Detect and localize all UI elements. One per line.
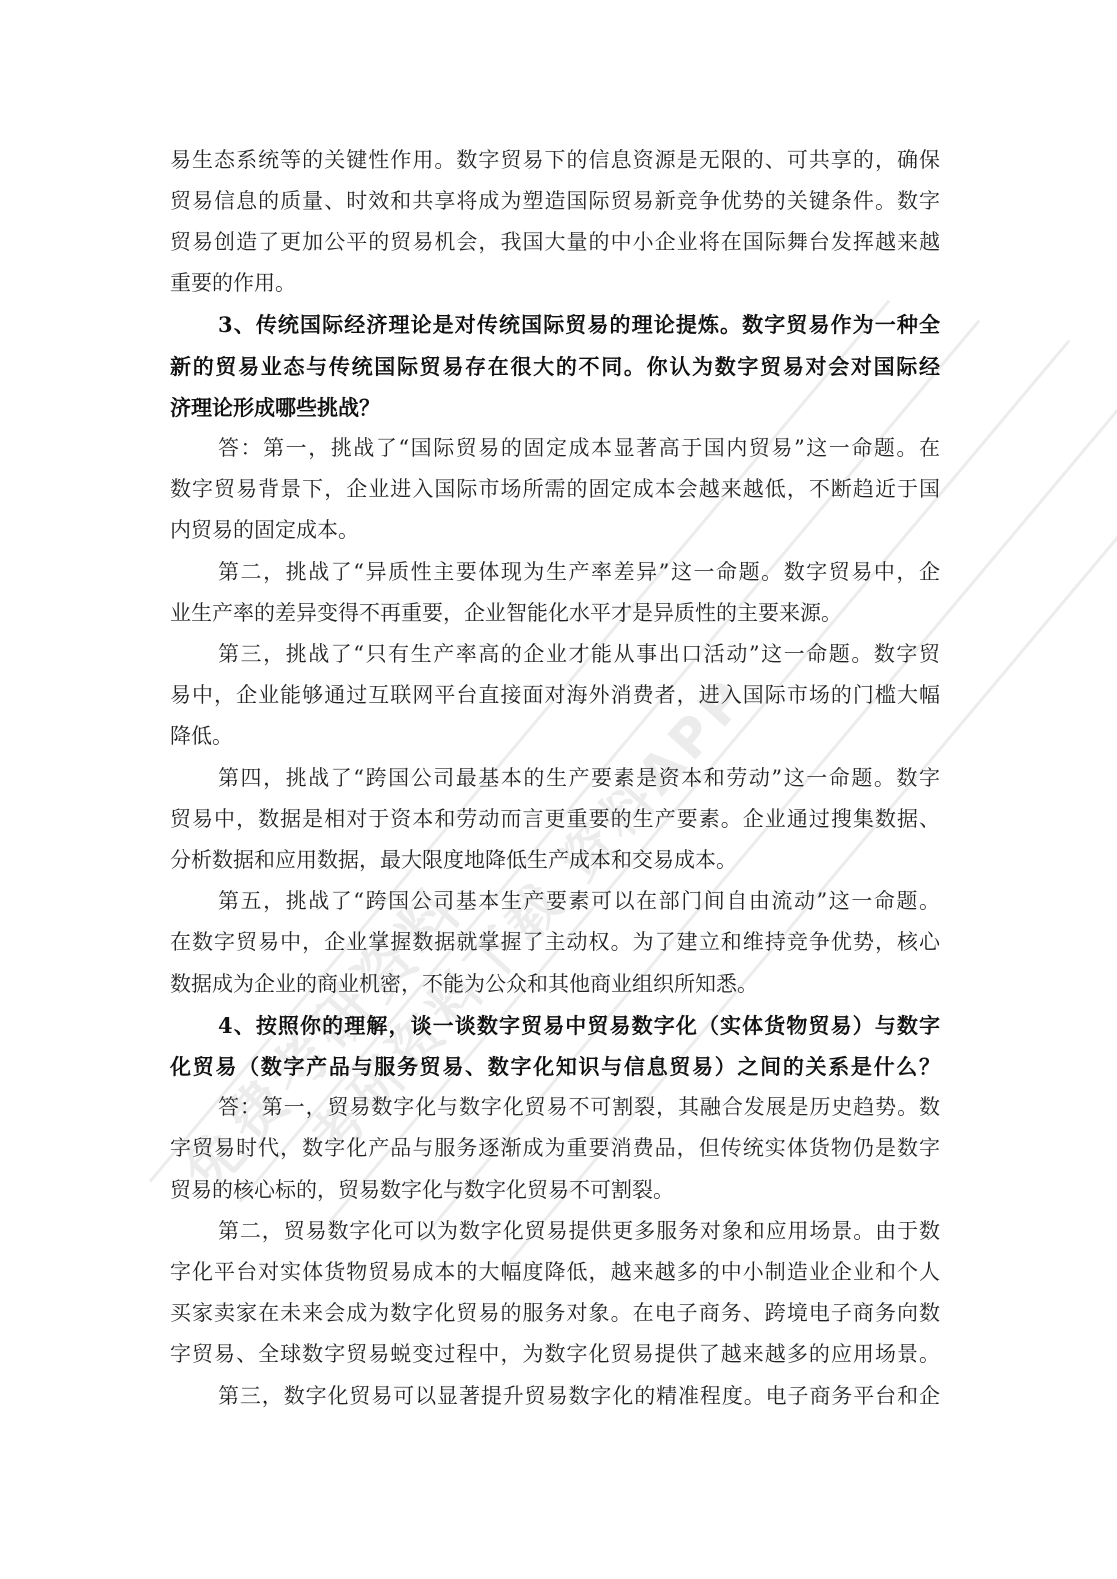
paragraph-text-line: 在数字贸易中，企业掌握数据就掌握了主动权。为了建立和维持竞争优势，核心	[170, 922, 940, 963]
paragraph-text-line: 答：第一，贸易数字化与数字化贸易不可割裂，其融合发展是历史趋势。数	[170, 1087, 940, 1128]
paragraph-text-line: 贸易的核心标的，贸易数字化与数字化贸易不可割裂。	[170, 1170, 940, 1211]
paragraph-text-line: 数字贸易背景下，企业进入国际市场所需的固定成本会越来越低，不断趋近于国	[170, 469, 940, 510]
question-text-line: 化贸易（数字产品与服务贸易、数字化知识与信息贸易）之间的关系是什么？	[170, 1046, 940, 1087]
paragraph-text-line: 第二，贸易数字化可以为数字化贸易提供更多服务对象和应用场景。由于数	[170, 1211, 940, 1252]
paragraph-text-line: 贸易中，数据是相对于资本和劳动而言更重要的生产要素。企业通过搜集数据、	[170, 799, 940, 840]
paragraph-text-line: 第三，挑战了“只有生产率高的企业才能从事出口活动”这一命题。数字贸	[170, 634, 940, 675]
paragraph-text-line: 降低。	[170, 716, 940, 757]
paragraph-text-line: 字化平台对实体货物贸易成本的大幅度降低，越来越多的中小制造业企业和个人	[170, 1252, 940, 1293]
paragraph-text-line: 答：第一，挑战了“国际贸易的固定成本显著高于国内贸易”这一命题。在	[170, 428, 940, 469]
paragraph-text-line: 易中，企业能够通过互联网平台直接面对海外消费者，进入国际市场的门槛大幅	[170, 675, 940, 716]
paragraph-text-line: 易生态系统等的关键性作用。数字贸易下的信息资源是无限的、可共享的，确保	[170, 140, 940, 181]
paragraph-text-line: 第三，数字化贸易可以显著提升贸易数字化的精准程度。电子商务平台和企	[170, 1376, 940, 1417]
question-text-line: 济理论形成哪些挑战？	[170, 387, 940, 428]
document-page: 免费考研资料 考研资料下载 资料APP 易生态系统等的关键性作用。数字贸易下的信…	[0, 0, 1117, 1579]
paragraph-text-line: 字贸易、全球数字贸易蜕变过程中，为数字化贸易提供了越来越多的应用场景。	[170, 1334, 940, 1375]
paragraph-text-line: 第五，挑战了“跨国公司基本生产要素可以在部门间自由流动”这一命题。	[170, 881, 940, 922]
paragraph-text-line: 贸易创造了更加公平的贸易机会，我国大量的中小企业将在国际舞台发挥越来越	[170, 222, 940, 263]
question-text-line: 3、传统国际经济理论是对传统国际贸易的理论提炼。数字贸易作为一种全	[170, 304, 940, 345]
question-text-line: 新的贸易业态与传统国际贸易存在很大的不同。你认为数字贸易对会对国际经	[170, 346, 940, 387]
paragraph-text-line: 内贸易的固定成本。	[170, 510, 940, 551]
paragraph-text-line: 字贸易时代，数字化产品与服务逐渐成为重要消费品，但传统实体货物仍是数字	[170, 1128, 940, 1169]
paragraph-text-line: 业生产率的差异变得不再重要，企业智能化水平才是异质性的主要来源。	[170, 593, 940, 634]
paragraph-text-line: 分析数据和应用数据，最大限度地降低生产成本和交易成本。	[170, 840, 940, 881]
paragraph-text-line: 数据成为企业的商业机密，不能为公众和其他商业组织所知悉。	[170, 964, 940, 1005]
paragraph-text-line: 重要的作用。	[170, 263, 940, 304]
paragraph-text-line: 第二，挑战了“异质性主要体现为生产率差异”这一命题。数字贸易中，企	[170, 552, 940, 593]
paragraph-text-line: 第四，挑战了“跨国公司最基本的生产要素是资本和劳动”这一命题。数字	[170, 758, 940, 799]
question-text-line: 4、按照你的理解，谈一谈数字贸易中贸易数字化（实体货物贸易）与数字	[170, 1005, 940, 1046]
paragraph-text-line: 贸易信息的质量、时效和共享将成为塑造国际贸易新竞争优势的关键条件。数字	[170, 181, 940, 222]
paragraph-text-line: 买家卖家在未来会成为数字化贸易的服务对象。在电子商务、跨境电子商务向数	[170, 1293, 940, 1334]
